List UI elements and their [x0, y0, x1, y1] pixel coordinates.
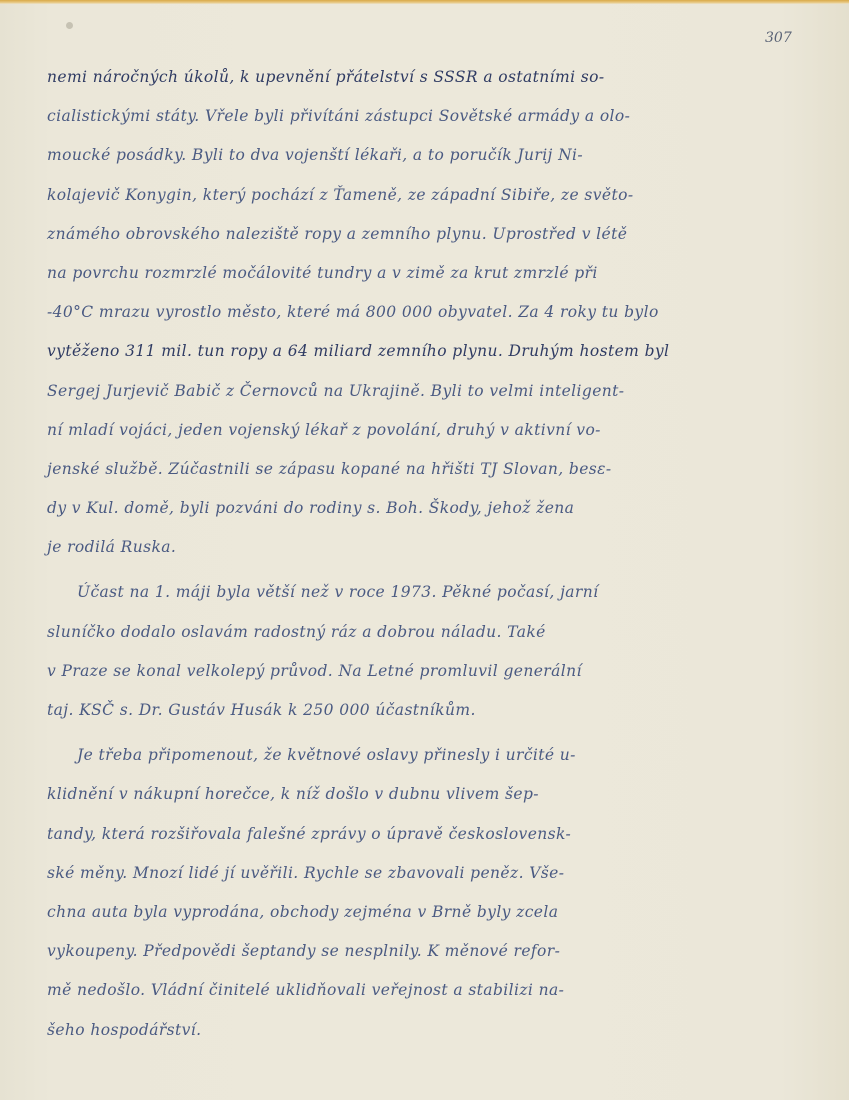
text-line: jenské službě. Zúčastnili se zápasu kopa… [47, 450, 777, 489]
text-line: tandy, která rozšiřovala falešné zprávy … [47, 815, 777, 854]
text-line: ské měny. Mnozí lidé jí uvěřili. Rychle … [47, 854, 777, 893]
text-line: mě nedošlo. Vládní činitelé uklidňovali … [47, 971, 777, 1010]
text-line: na povrchu rozmrzlé močálovité tundry a … [47, 254, 777, 293]
text-line: -40°C mrazu vyrostlo město, které má 800… [47, 293, 777, 332]
text-line: dy v Kul. domě, byli pozváni do rodiny s… [47, 489, 777, 528]
paper-spot [66, 22, 73, 29]
text-line: chna auta byla vyprodána, obchody zejmén… [47, 893, 777, 932]
text-line: Je třeba připomenout, že květnové oslavy… [47, 736, 777, 775]
text-line: klidnění v nákupní horečce, k níž došlo … [47, 775, 777, 814]
text-line: známého obrovského naleziště ropy a zemn… [47, 215, 777, 254]
text-line: ní mladí vojáci, jeden vojenský lékař z … [47, 411, 777, 450]
text-line: cialistickými státy. Vřele byli přivítán… [47, 97, 777, 136]
handwritten-text: nemi náročných úkolů, k upevnění přátels… [47, 58, 777, 1050]
text-line: vykoupeny. Předpovědi šeptandy se nespln… [47, 932, 777, 971]
text-line: taj. KSČ s. Dr. Gustáv Husák k 250 000 ú… [47, 691, 777, 730]
text-line: nemi náročných úkolů, k upevnění přátels… [47, 58, 777, 97]
text-line: Účast na 1. máji byla větší než v roce 1… [47, 573, 777, 612]
text-line: šeho hospodářství. [47, 1011, 777, 1050]
text-line: je rodilá Ruska. [47, 528, 777, 567]
text-line: vytěženo 311 mil. tun ropy a 64 miliard … [47, 332, 777, 371]
chronicle-page: 307 nemi náročných úkolů, k upevnění přá… [0, 0, 849, 1100]
page-top-edge [0, 0, 849, 4]
text-line: moucké posádky. Byli to dva vojenští lék… [47, 136, 777, 175]
text-line: Sergej Jurjevič Babič z Černovců na Ukra… [47, 372, 777, 411]
text-line: v Praze se konal velkolepý průvod. Na Le… [47, 652, 777, 691]
text-line: sluníčko dodalo oslavám radostný ráz a d… [47, 613, 777, 652]
text-line: kolajevič Konygin, který pochází z Ťamen… [47, 176, 777, 215]
page-number: 307 [765, 30, 792, 46]
